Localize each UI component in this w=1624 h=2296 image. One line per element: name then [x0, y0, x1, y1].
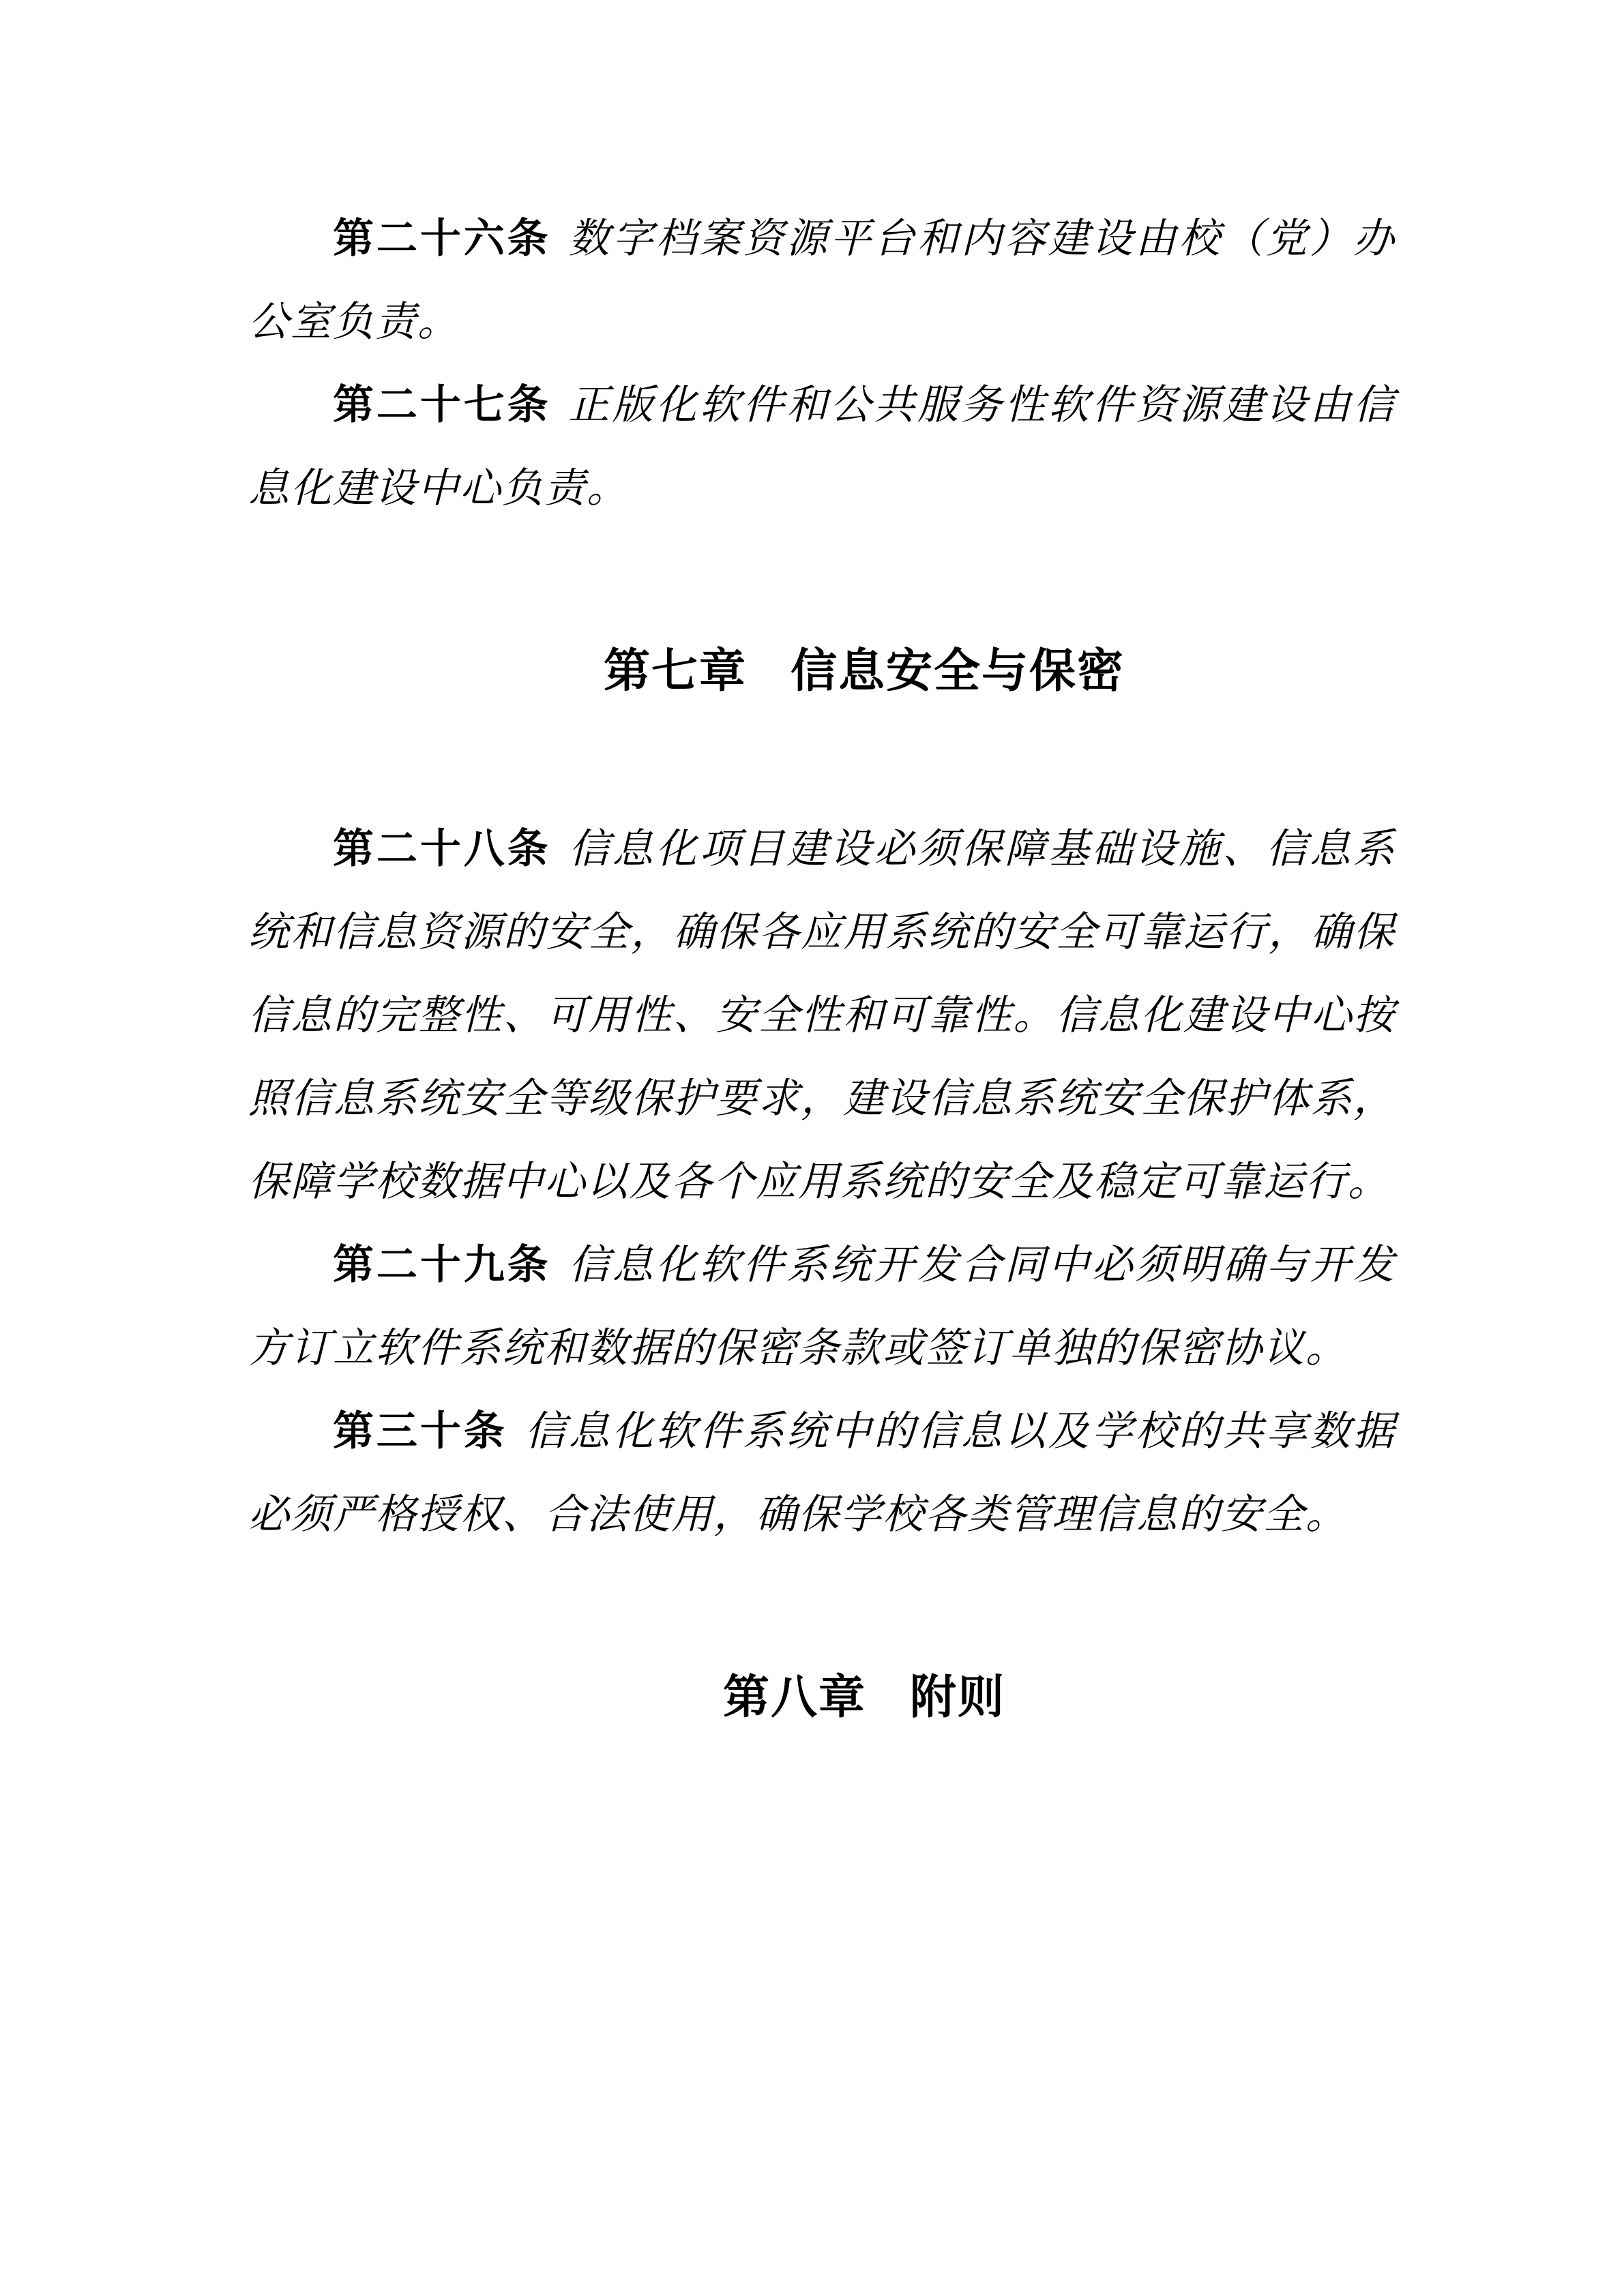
article-27-paragraph: 第二十七条正版化软件和公共服务性软件资源建设由信息化建设中心负责。 [248, 363, 1396, 530]
article-29-number: 第二十九条 [333, 1242, 551, 1287]
article-28-text: 信息化项目建设必须保障基础设施、信息系统和信息资源的安全，确保各应用系统的安全可… [248, 825, 1396, 1206]
article-27-number: 第二十七条 [333, 382, 551, 428]
chapter-7-heading: 第七章信息安全与保密 [248, 620, 1396, 722]
chapter-7-number: 第七章 [604, 644, 747, 698]
chapter-7-title: 信息安全与保密 [791, 644, 1125, 698]
article-26-number: 第二十六条 [333, 215, 551, 261]
article-26-paragraph: 第二十六条数字档案资源平台和内容建设由校（党）办公室负责。 [248, 197, 1396, 363]
article-29-paragraph: 第二十九条信息化软件系统开发合同中必须明确与开发方订立软件系统和数据的保密条款或… [248, 1223, 1396, 1390]
article-30-paragraph: 第三十条信息化软件系统中的信息以及学校的共享数据必须严格授权、合法使用，确保学校… [248, 1390, 1396, 1556]
chapter-8-heading: 第八章附则 [248, 1646, 1396, 1748]
article-30-number: 第三十条 [333, 1408, 507, 1454]
article-28-number: 第二十八条 [333, 826, 551, 871]
article-28-paragraph: 第二十八条信息化项目建设必须保障基础设施、信息系统和信息资源的安全，确保各应用系… [248, 807, 1396, 1223]
chapter-8-number: 第八章 [723, 1670, 866, 1725]
chapter-8-title: 附则 [910, 1670, 1005, 1725]
document-page: 第二十六条数字档案资源平台和内容建设由校（党）办公室负责。 第二十七条正版化软件… [0, 0, 1624, 2296]
